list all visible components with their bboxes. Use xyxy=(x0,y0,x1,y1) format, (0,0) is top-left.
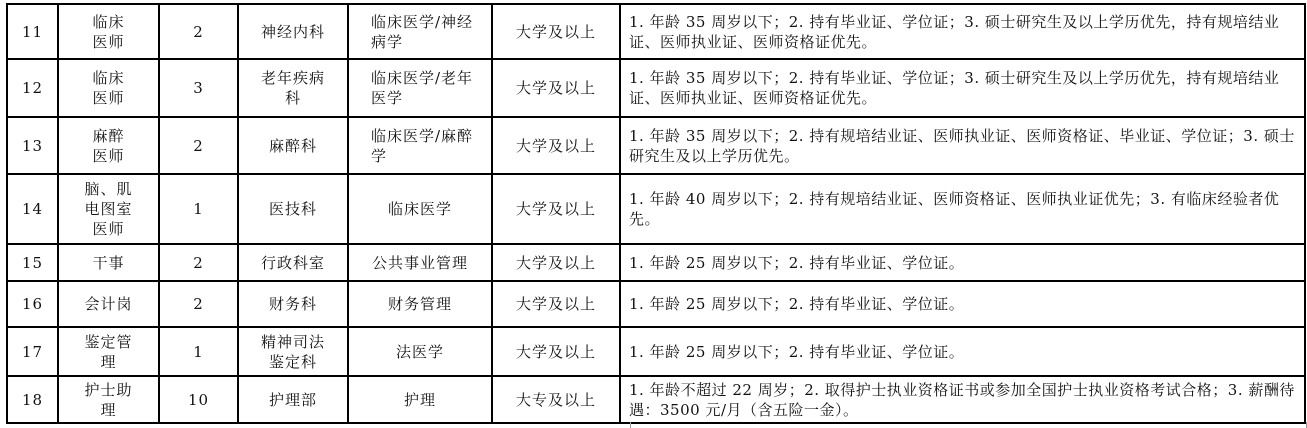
requirements: 1. 年龄 25 周岁以下；2. 持有毕业证、学位证。 xyxy=(620,244,1305,281)
education: 大专及以上 xyxy=(492,376,620,423)
department: 麻醉科 xyxy=(238,117,348,174)
table-row: 11 临床医师 2 神经内科 临床医学/神经病学 大学及以上 1. 年龄 35 … xyxy=(7,4,1305,59)
table-row: 12 临床医师 3 老年疾病科 临床医学/老年医学 大学及以上 1. 年龄 35… xyxy=(7,59,1305,117)
headcount: 3 xyxy=(159,59,238,117)
major: 护理 xyxy=(348,376,492,423)
headcount: 2 xyxy=(159,117,238,174)
post-name: 干事 xyxy=(58,244,159,281)
requirements: 1. 年龄 25 周岁以下；2. 持有毕业证、学位证。 xyxy=(620,327,1305,376)
table-row: 17 鉴定管理 1 精神司法鉴定科 法医学 大学及以上 1. 年龄 25 周岁以… xyxy=(7,327,1305,376)
table-row: 13 麻醉医师 2 麻醉科 临床医学/麻醉学 大学及以上 1. 年龄 35 周岁… xyxy=(7,117,1305,174)
requirements: 1. 年龄 25 周岁以下；2. 持有毕业证、学位证。 xyxy=(620,281,1305,327)
headcount: 2 xyxy=(159,244,238,281)
post-name: 会计岗 xyxy=(58,281,159,327)
row-number: 17 xyxy=(7,327,58,376)
row-number: 15 xyxy=(7,244,58,281)
table-row: 15 干事 2 行政科室 公共事业管理 大学及以上 1. 年龄 25 周岁以下；… xyxy=(7,244,1305,281)
major: 财务管理 xyxy=(348,281,492,327)
row-number: 11 xyxy=(7,4,58,59)
table-row: 18 护士助理 10 护理部 护理 大专及以上 1. 年龄不超过 22 周岁；2… xyxy=(7,376,1305,423)
row-number: 12 xyxy=(7,59,58,117)
post-name: 鉴定管理 xyxy=(58,327,159,376)
major: 临床医学/老年医学 xyxy=(348,59,492,117)
post-name: 临床医师 xyxy=(58,4,159,59)
headcount: 1 xyxy=(159,174,238,244)
requirements: 1. 年龄不超过 22 周岁；2. 取得护士执业资格证书或参加全国护士执业资格考… xyxy=(620,376,1305,423)
row-number: 13 xyxy=(7,117,58,174)
major: 临床医学/麻醉学 xyxy=(348,117,492,174)
table-row: 16 会计岗 2 财务科 财务管理 大学及以上 1. 年龄 25 周岁以下；2.… xyxy=(7,281,1305,327)
headcount: 2 xyxy=(159,281,238,327)
row-number: 18 xyxy=(7,376,58,423)
major: 临床医学 xyxy=(348,174,492,244)
row-number: 14 xyxy=(7,174,58,244)
department: 财务科 xyxy=(238,281,348,327)
corner-mark xyxy=(630,422,637,428)
major: 公共事业管理 xyxy=(348,244,492,281)
row-number: 16 xyxy=(7,281,58,327)
education: 大学及以上 xyxy=(492,4,620,59)
requirements: 1. 年龄 40 周岁以下；2. 持有规培结业证、医师资格证、医师执业证优先；3… xyxy=(620,174,1305,244)
department: 精神司法鉴定科 xyxy=(238,327,348,376)
post-name: 临床医师 xyxy=(58,59,159,117)
recruitment-table: 11 临床医师 2 神经内科 临床医学/神经病学 大学及以上 1. 年龄 35 … xyxy=(6,3,1306,424)
post-name: 脑、肌电图室医师 xyxy=(58,174,159,244)
headcount: 10 xyxy=(159,376,238,423)
education: 大学及以上 xyxy=(492,59,620,117)
table-row: 14 脑、肌电图室医师 1 医技科 临床医学 大学及以上 1. 年龄 40 周岁… xyxy=(7,174,1305,244)
department: 神经内科 xyxy=(238,4,348,59)
department: 老年疾病科 xyxy=(238,59,348,117)
post-name: 护士助理 xyxy=(58,376,159,423)
major: 临床医学/神经病学 xyxy=(348,4,492,59)
post-name: 麻醉医师 xyxy=(58,117,159,174)
education: 大学及以上 xyxy=(492,117,620,174)
education: 大学及以上 xyxy=(492,281,620,327)
headcount: 1 xyxy=(159,327,238,376)
education: 大学及以上 xyxy=(492,244,620,281)
department: 行政科室 xyxy=(238,244,348,281)
requirements: 1. 年龄 35 周岁以下；2. 持有毕业证、学位证；3. 硕士研究生及以上学历… xyxy=(620,4,1305,59)
education: 大学及以上 xyxy=(492,327,620,376)
requirements: 1. 年龄 35 周岁以下；2. 持有毕业证、学位证；3. 硕士研究生及以上学历… xyxy=(620,59,1305,117)
corner-mark xyxy=(1300,422,1307,428)
education: 大学及以上 xyxy=(492,174,620,244)
headcount: 2 xyxy=(159,4,238,59)
department: 医技科 xyxy=(238,174,348,244)
department: 护理部 xyxy=(238,376,348,423)
major: 法医学 xyxy=(348,327,492,376)
requirements: 1. 年龄 35 周岁以下；2. 持有规培结业证、医师执业证、医师资格证、毕业证… xyxy=(620,117,1305,174)
